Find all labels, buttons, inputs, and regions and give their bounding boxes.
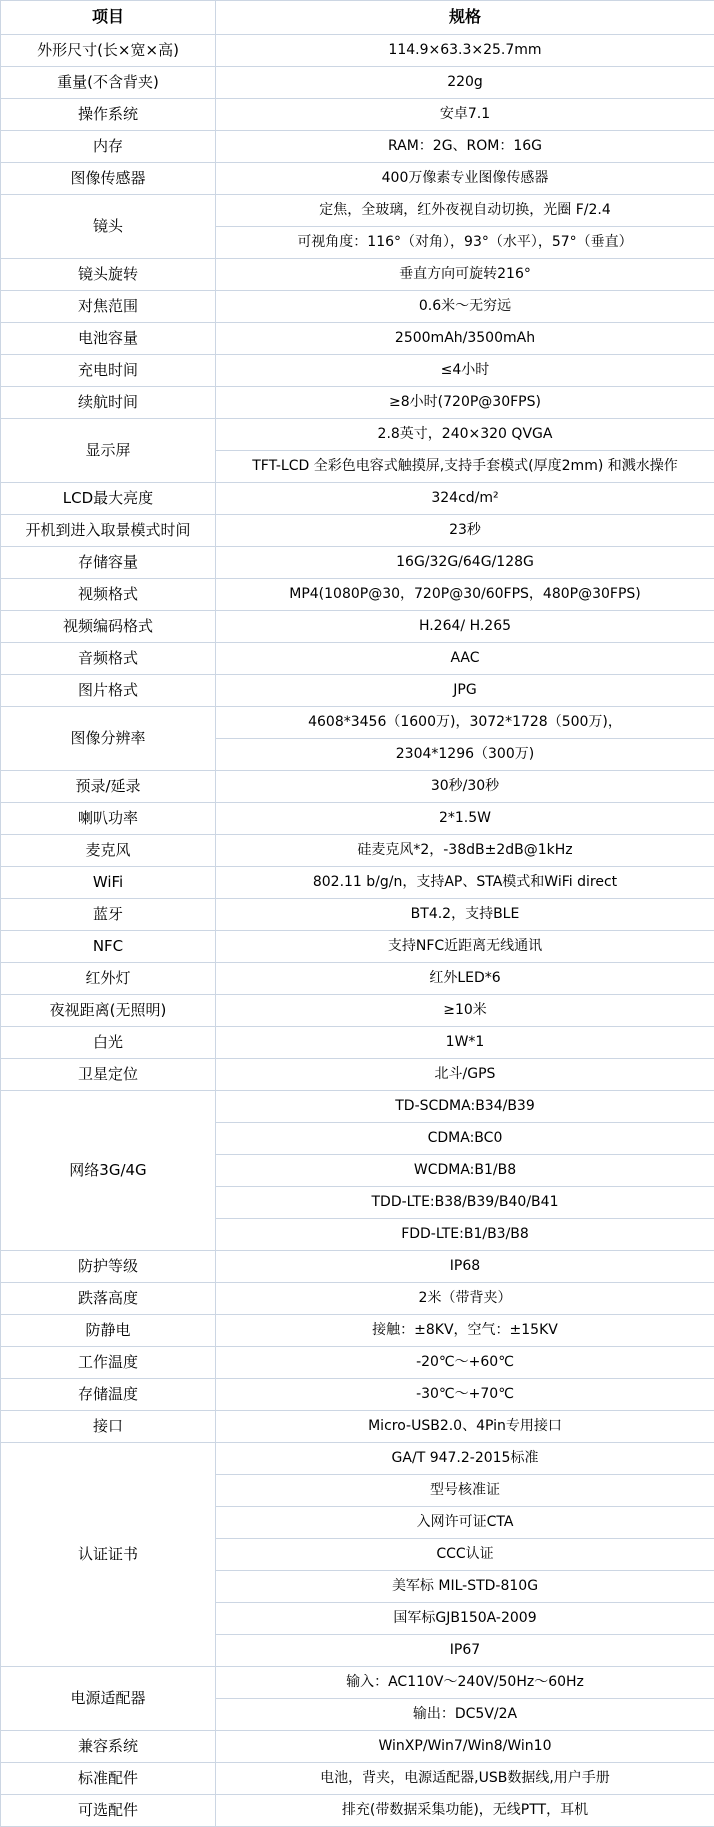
spec-value: 电池，背夹，电源适配器,USB数据线,用户手册	[216, 1763, 714, 1795]
spec-value: IP68	[216, 1251, 714, 1283]
spec-value: 定焦，全玻璃，红外夜视自动切换，光圈 F/2.4	[216, 195, 714, 227]
spec-value: JPG	[216, 675, 714, 707]
spec-value: 2304*1296（300万)	[216, 739, 714, 771]
spec-value: 垂直方向可旋转216°	[216, 259, 714, 291]
spec-item-label: 内存	[1, 131, 216, 163]
spec-value: TD-SCDMA:B34/B39	[216, 1091, 714, 1123]
spec-value: 可视角度：116°（对角），93°（水平），57°（垂直）	[216, 227, 714, 259]
spec-value: 国军标GJB150A-2009	[216, 1603, 714, 1635]
spec-value: 支持NFC近距离无线通讯	[216, 931, 714, 963]
spec-value: 4608*3456（1600万)，3072*1728（500万)，	[216, 707, 714, 739]
spec-value: AAC	[216, 643, 714, 675]
spec-table-body: 项目 规格 外形尺寸(长×宽×高)114.9×63.3×25.7mm重量(不含背…	[1, 1, 714, 1827]
spec-item-label: 夜视距离(无照明)	[1, 995, 216, 1027]
table-row: 图像传感器400万像素专业图像传感器	[1, 163, 714, 195]
table-row: 续航时间≥8小时(720P@30FPS)	[1, 387, 714, 419]
spec-item-label: 工作温度	[1, 1347, 216, 1379]
spec-value: 美军标 MIL-STD-810G	[216, 1571, 714, 1603]
spec-value: 324cd/m²	[216, 483, 714, 515]
table-row: 跌落高度2米（带背夹）	[1, 1283, 714, 1315]
spec-value: -20℃～+60℃	[216, 1347, 714, 1379]
spec-item-label: 蓝牙	[1, 899, 216, 931]
spec-value: 入网许可证CTA	[216, 1507, 714, 1539]
spec-value: CCC认证	[216, 1539, 714, 1571]
table-row: 夜视距离(无照明)≥10米	[1, 995, 714, 1027]
table-row: NFC支持NFC近距离无线通讯	[1, 931, 714, 963]
table-row: 电源适配器输入：AC110V～240V/50Hz～60Hz	[1, 1667, 714, 1699]
spec-item-label: 图片格式	[1, 675, 216, 707]
spec-item-label: 跌落高度	[1, 1283, 216, 1315]
spec-value: IP67	[216, 1635, 714, 1667]
table-row: 标准配件电池，背夹，电源适配器,USB数据线,用户手册	[1, 1763, 714, 1795]
table-row: 音频格式AAC	[1, 643, 714, 675]
table-row: 麦克风硅麦克风*2，-38dB±2dB@1kHz	[1, 835, 714, 867]
spec-item-label: 续航时间	[1, 387, 216, 419]
spec-item-label: 兼容系统	[1, 1731, 216, 1763]
table-row: 卫星定位北斗/GPS	[1, 1059, 714, 1091]
spec-item-label: 电池容量	[1, 323, 216, 355]
table-row: 操作系统安卓7.1	[1, 99, 714, 131]
spec-item-label: 外形尺寸(长×宽×高)	[1, 35, 216, 67]
spec-item-label: 图像分辨率	[1, 707, 216, 771]
spec-item-label: 电源适配器	[1, 1667, 216, 1731]
spec-value: TDD-LTE:B38/B39/B40/B41	[216, 1187, 714, 1219]
spec-value: 2米（带背夹）	[216, 1283, 714, 1315]
table-row: 蓝牙BT4.2，支持BLE	[1, 899, 714, 931]
spec-value: 30秒/30秒	[216, 771, 714, 803]
header-cell-spec: 规格	[216, 1, 714, 35]
spec-value: 输出：DC5V/2A	[216, 1699, 714, 1731]
table-row: 可选配件排充(带数据采集功能)，无线PTT，耳机	[1, 1795, 714, 1827]
spec-item-label: 喇叭功率	[1, 803, 216, 835]
table-row: 镜头旋转垂直方向可旋转216°	[1, 259, 714, 291]
table-row: 存储容量16G/32G/64G/128G	[1, 547, 714, 579]
spec-item-label: 视频编码格式	[1, 611, 216, 643]
table-row: 防护等级IP68	[1, 1251, 714, 1283]
table-row: 开机到进入取景模式时间23秒	[1, 515, 714, 547]
spec-value: 2500mAh/3500mAh	[216, 323, 714, 355]
spec-value: ≥10米	[216, 995, 714, 1027]
spec-item-label: 镜头旋转	[1, 259, 216, 291]
table-row: 喇叭功率2*1.5W	[1, 803, 714, 835]
table-row: 兼容系统WinXP/Win7/Win8/Win10	[1, 1731, 714, 1763]
spec-item-label: 镜头	[1, 195, 216, 259]
spec-item-label: 重量(不含背夹)	[1, 67, 216, 99]
spec-value: ≥8小时(720P@30FPS)	[216, 387, 714, 419]
spec-value: WCDMA:B1/B8	[216, 1155, 714, 1187]
spec-value: 2.8英寸，240×320 QVGA	[216, 419, 714, 451]
spec-value: RAM：2G、ROM：16G	[216, 131, 714, 163]
table-row: 对焦范围0.6米～无穷远	[1, 291, 714, 323]
spec-value: FDD-LTE:B1/B3/B8	[216, 1219, 714, 1251]
spec-item-label: 认证证书	[1, 1443, 216, 1667]
spec-item-label: 卫星定位	[1, 1059, 216, 1091]
spec-item-label: 对焦范围	[1, 291, 216, 323]
spec-item-label: 网络3G/4G	[1, 1091, 216, 1251]
spec-value: 排充(带数据采集功能)，无线PTT，耳机	[216, 1795, 714, 1827]
spec-value: -30℃～+70℃	[216, 1379, 714, 1411]
spec-item-label: 音频格式	[1, 643, 216, 675]
table-row: 视频格式MP4(1080P@30，720P@30/60FPS，480P@30FP…	[1, 579, 714, 611]
spec-value: 2*1.5W	[216, 803, 714, 835]
table-row: 网络3G/4GTD-SCDMA:B34/B39	[1, 1091, 714, 1123]
spec-value: WinXP/Win7/Win8/Win10	[216, 1731, 714, 1763]
table-row: 接口Micro-USB2.0、4Pin专用接口	[1, 1411, 714, 1443]
spec-value: BT4.2，支持BLE	[216, 899, 714, 931]
spec-item-label: 标准配件	[1, 1763, 216, 1795]
spec-item-label: 预录/延录	[1, 771, 216, 803]
spec-value: 型号核准证	[216, 1475, 714, 1507]
spec-item-label: 操作系统	[1, 99, 216, 131]
spec-value: 114.9×63.3×25.7mm	[216, 35, 714, 67]
spec-item-label: 充电时间	[1, 355, 216, 387]
table-row: 外形尺寸(长×宽×高)114.9×63.3×25.7mm	[1, 35, 714, 67]
spec-value: 北斗/GPS	[216, 1059, 714, 1091]
table-row: 工作温度-20℃～+60℃	[1, 1347, 714, 1379]
table-row: 视频编码格式H.264/ H.265	[1, 611, 714, 643]
spec-item-label: 麦克风	[1, 835, 216, 867]
spec-value: 接触：±8KV，空气：±15KV	[216, 1315, 714, 1347]
spec-value: 输入：AC110V～240V/50Hz～60Hz	[216, 1667, 714, 1699]
spec-value: 红外LED*6	[216, 963, 714, 995]
spec-item-label: 防护等级	[1, 1251, 216, 1283]
spec-value: 802.11 b/g/n，支持AP、STA模式和WiFi direct	[216, 867, 714, 899]
table-row: 重量(不含背夹)220g	[1, 67, 714, 99]
spec-value: CDMA:BC0	[216, 1123, 714, 1155]
table-row: 防静电接触：±8KV，空气：±15KV	[1, 1315, 714, 1347]
table-row: LCD最大亮度324cd/m²	[1, 483, 714, 515]
spec-value: 1W*1	[216, 1027, 714, 1059]
table-row: 电池容量2500mAh/3500mAh	[1, 323, 714, 355]
spec-item-label: 可选配件	[1, 1795, 216, 1827]
spec-item-label: WiFi	[1, 867, 216, 899]
spec-item-label: 接口	[1, 1411, 216, 1443]
spec-item-label: NFC	[1, 931, 216, 963]
spec-item-label: 防静电	[1, 1315, 216, 1347]
table-row: 充电时间≤4小时	[1, 355, 714, 387]
spec-item-label: LCD最大亮度	[1, 483, 216, 515]
spec-value: 16G/32G/64G/128G	[216, 547, 714, 579]
table-row: 预录/延录30秒/30秒	[1, 771, 714, 803]
spec-item-label: 红外灯	[1, 963, 216, 995]
spec-value: 硅麦克风*2，-38dB±2dB@1kHz	[216, 835, 714, 867]
table-row: 存储温度-30℃～+70℃	[1, 1379, 714, 1411]
spec-value: 220g	[216, 67, 714, 99]
spec-value: H.264/ H.265	[216, 611, 714, 643]
table-header-row: 项目 规格	[1, 1, 714, 35]
table-row: 白光1W*1	[1, 1027, 714, 1059]
table-row: 认证证书GA/T 947.2-2015标准	[1, 1443, 714, 1475]
spec-value: 400万像素专业图像传感器	[216, 163, 714, 195]
table-row: 红外灯红外LED*6	[1, 963, 714, 995]
spec-value: TFT-LCD 全彩色电容式触摸屏,支持手套模式(厚度2mm) 和溅水操作	[216, 451, 714, 483]
spec-item-label: 视频格式	[1, 579, 216, 611]
table-row: 显示屏2.8英寸，240×320 QVGA	[1, 419, 714, 451]
product-spec-table: 项目 规格 外形尺寸(长×宽×高)114.9×63.3×25.7mm重量(不含背…	[0, 0, 714, 1827]
table-row: WiFi802.11 b/g/n，支持AP、STA模式和WiFi direct	[1, 867, 714, 899]
table-row: 内存RAM：2G、ROM：16G	[1, 131, 714, 163]
header-cell-item: 项目	[1, 1, 216, 35]
spec-value: Micro-USB2.0、4Pin专用接口	[216, 1411, 714, 1443]
spec-value: ≤4小时	[216, 355, 714, 387]
spec-item-label: 存储温度	[1, 1379, 216, 1411]
spec-value: GA/T 947.2-2015标准	[216, 1443, 714, 1475]
spec-item-label: 图像传感器	[1, 163, 216, 195]
table-row: 镜头定焦，全玻璃，红外夜视自动切换，光圈 F/2.4	[1, 195, 714, 227]
table-row: 图片格式JPG	[1, 675, 714, 707]
spec-value: MP4(1080P@30，720P@30/60FPS，480P@30FPS)	[216, 579, 714, 611]
spec-item-label: 存储容量	[1, 547, 216, 579]
spec-value: 23秒	[216, 515, 714, 547]
spec-value: 安卓7.1	[216, 99, 714, 131]
spec-value: 0.6米～无穷远	[216, 291, 714, 323]
spec-item-label: 显示屏	[1, 419, 216, 483]
spec-item-label: 白光	[1, 1027, 216, 1059]
table-row: 图像分辨率4608*3456（1600万)，3072*1728（500万)，	[1, 707, 714, 739]
spec-item-label: 开机到进入取景模式时间	[1, 515, 216, 547]
